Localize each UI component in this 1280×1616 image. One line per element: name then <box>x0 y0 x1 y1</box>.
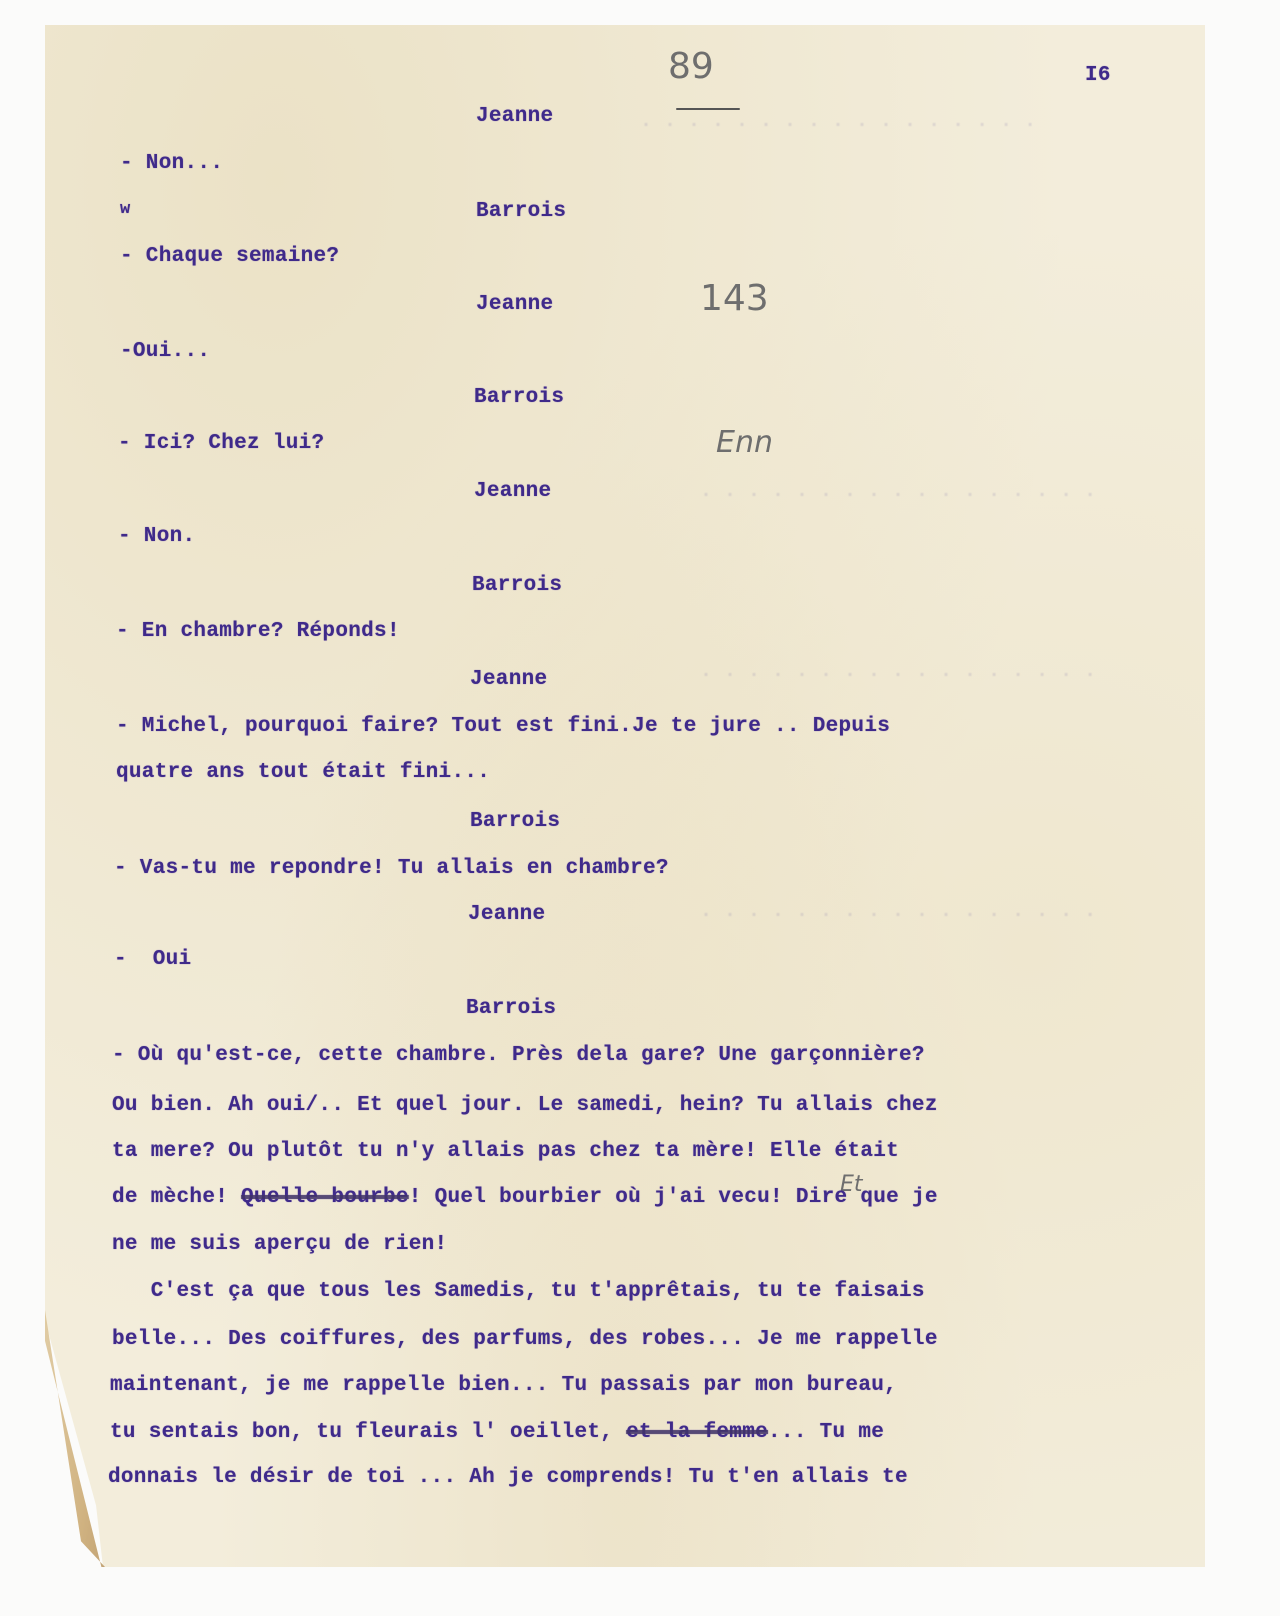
dialogue-line: maintenant, je me rappelle bien... Tu pa… <box>110 1374 897 1397</box>
speaker-name: Barrois <box>470 810 560 833</box>
struck-text: et la femme <box>626 1421 768 1444</box>
typed-page-number: I6 <box>1085 64 1111 87</box>
dialogue-line: - Où qu'est-ce, cette chambre. Près dela… <box>112 1044 925 1067</box>
bleed-through-text: . . . . . . . . . . . . . . . . . <box>640 110 1036 133</box>
text-segment: de mèche! <box>112 1186 241 1209</box>
speaker-name: Jeanne <box>468 903 545 926</box>
speaker-name: Jeanne <box>474 480 551 503</box>
speaker-name: Barrois <box>472 574 562 597</box>
pencil-folio-number: 89 <box>668 46 714 87</box>
dialogue-line: C'est ça que tous les Samedis, tu t'appr… <box>112 1280 925 1303</box>
dialogue-line: - Vas-tu me repondre! Tu allais en chamb… <box>114 857 669 880</box>
dialogue-line: - Oui <box>114 948 191 971</box>
speaker-name: Barrois <box>476 200 566 223</box>
speaker-name: Barrois <box>474 386 564 409</box>
dialogue-line: belle... Des coiffures, des parfums, des… <box>112 1328 938 1351</box>
speaker-name: Jeanne <box>476 105 553 128</box>
pencil-mark: Enn <box>716 425 773 460</box>
dialogue-line: quatre ans tout était fini... <box>116 761 490 784</box>
text-segment: ! Quel bourbier où j'ai vecu! Dire que j… <box>409 1186 938 1209</box>
pencil-underline <box>676 108 740 110</box>
speaker-name: Jeanne <box>476 293 553 316</box>
dialogue-line: - Michel, pourquoi faire? Tout est fini.… <box>116 715 890 738</box>
bleed-through-text: . . . . . . . . . . . . . . . . . <box>700 900 1096 923</box>
text-segment: tu sentais bon, tu fleurais l' oeillet, <box>110 1421 626 1444</box>
pencil-number: 143 <box>700 278 769 319</box>
text-segment: ... Tu me <box>768 1421 884 1444</box>
dialogue-line: - Ici? Chez lui? <box>118 432 324 455</box>
speaker-name: Barrois <box>466 997 556 1020</box>
dialogue-line: - Chaque semaine? <box>120 245 339 268</box>
dialogue-line: - Non... <box>120 152 223 175</box>
dialogue-line: -Oui... <box>120 340 210 363</box>
dialogue-line: - En chambre? Réponds! <box>116 620 400 643</box>
bleed-through-text: . . . . . . . . . . . . . . . . . <box>700 660 1096 683</box>
dialogue-line: ta mere? Ou plutôt tu n'y allais pas che… <box>112 1140 899 1163</box>
bleed-through-text: . . . . . . . . . . . . . . . . . <box>700 480 1096 503</box>
dialogue-line-with-strikethrough: de mèche! Quelle bourbe! Quel bourbier o… <box>112 1186 938 1209</box>
speaker-name: Jeanne <box>470 668 547 691</box>
dialogue-line: ne me suis aperçu de rien! <box>112 1233 447 1256</box>
dialogue-line: donnais le désir de toi ... Ah je compre… <box>108 1466 908 1489</box>
stray-typed-mark: w <box>120 200 131 219</box>
dialogue-line: - Non. <box>118 525 195 548</box>
struck-text: Quelle bourbe <box>241 1186 409 1209</box>
dialogue-line-with-strikethrough: tu sentais bon, tu fleurais l' oeillet, … <box>110 1421 884 1444</box>
dialogue-line: Ou bien. Ah oui/.. Et quel jour. Le same… <box>112 1094 938 1117</box>
